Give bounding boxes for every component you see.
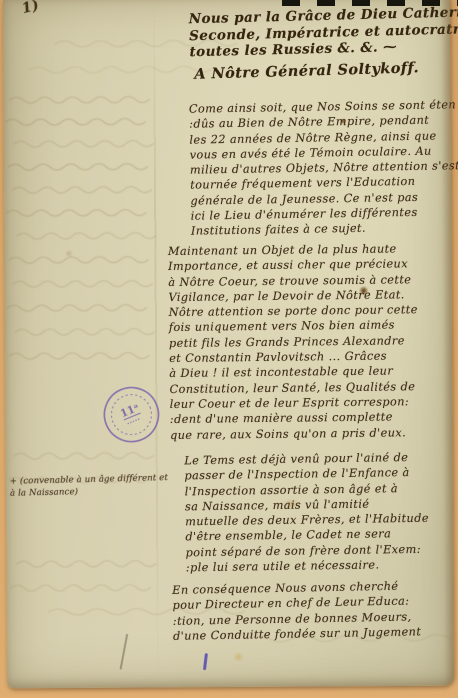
manuscript-text-line: d'une Conduitte fondée sur un Jugement [173, 624, 421, 644]
archive-stamp: 11ᵃ [91, 374, 172, 455]
page-corner-mark: 1) [20, 0, 41, 17]
manuscript-text-line: Seconde, Impératrice et autocratrice de [189, 20, 458, 45]
body-paragraph-4: En conséquence Nous avons cherchépour Di… [172, 578, 421, 644]
blue-pen-mark [203, 653, 208, 670]
manuscript-text-line: :tion, une Personne de bonnes Moeurs, [173, 609, 421, 629]
manuscript-text-line: passer de l'Inspection de l'Enfance à [184, 465, 428, 484]
manuscript-text-line: Importance, et aussi cher que précieux [168, 256, 417, 274]
body-paragraph-2: Maintenant un Objet de la plus hauteImpo… [168, 241, 419, 443]
manuscript-text-line: point séparé de son frère dont l'Exem: [186, 541, 430, 560]
manuscript-text-line: :dent d'une manière aussi complette [170, 409, 419, 427]
paper-stain [64, 250, 73, 257]
manuscript-text-line: l'Inspection assortie à son âgé et à [185, 480, 429, 499]
manuscript-text-line: Come ainsi soit, que Nos Soins se sont é… [189, 97, 458, 117]
manuscript-text-line: Nous par la Grâce de Dieu Catherine [189, 3, 458, 28]
manuscript-text-line: à Nôtre Coeur, se trouve soumis à cette [168, 272, 417, 290]
manuscript-text-line: sa Naissance, mais vû l'amitié [185, 496, 429, 515]
manuscript-text-line: pour Directeur en chef de Leur Educa: [172, 594, 420, 614]
manuscript-page: 1) Nous par la Grâce de Dieu CatherineSe… [3, 0, 454, 688]
manuscript-text-line: milieu d'autres Objets, Nôtre attention … [190, 158, 458, 178]
paper-stain [233, 652, 244, 662]
manuscript-text-line: :dûs au Bien de Nôtre Empire, pendant [189, 112, 458, 132]
margin-annotation: + (convenable à un âge différent età la … [10, 473, 169, 500]
manuscript-text-line: à la Naissance) [10, 484, 168, 499]
manuscript-text-line: que rare, aux Soins qu'on a pris d'eux. [170, 425, 419, 443]
manuscript-text-line: vous en avés été le Témoin oculaire. Au [190, 143, 458, 163]
manuscript-text-line: Vigilance, par le Devoir de Nôtre Etat. [168, 287, 417, 305]
manuscript-text-line: Institutions faites à ce sujet. [191, 220, 458, 240]
manuscript-text-line: toutes les Russies &. &. ⁓ [189, 36, 458, 61]
body-paragraph-3: Le Tems est déjà venû pour l'ainé depass… [184, 450, 430, 576]
manuscript-text-line: :ple lui sera utile et nécessaire. [186, 557, 430, 576]
manuscript-text-line: ici le Lieu d'énumérer les différentes [191, 204, 458, 224]
manuscript-text-line: les 22 années de Nôtre Règne, ainsi que [189, 128, 458, 148]
manuscript-text-line: mutuelle des deux Frères, et l'Habitude [185, 511, 429, 530]
paper-crease [153, 0, 159, 687]
manuscript-text-line: Nôtre attention se porte donc pour cette [169, 302, 418, 320]
manuscript-text-line: petit fils les Grands Princes Alexandre [169, 333, 418, 351]
manuscript-text-line: Le Tems est déjà venû pour l'ainé de [184, 450, 428, 469]
manuscript-text-line: et Constantin Pavlovitsch ... Grâces [169, 348, 418, 366]
manuscript-text-line: En conséquence Nous avons cherché [172, 578, 420, 598]
manuscript-text-line: générale de la Jeunesse. Ce n'est pas [190, 189, 458, 209]
manuscript-text-line: d'être ensemble, le Cadet ne sera [185, 526, 429, 545]
manuscript-text-line: + (convenable à un âge différent et [10, 473, 168, 488]
manuscript-text-line: Maintenant un Objet de la plus haute [168, 241, 417, 259]
body-paragraph-1: Come ainsi soit, que Nos Soins se sont é… [189, 97, 458, 239]
manuscript-text-line: tournée fréquement vers l'Education [190, 174, 458, 194]
manuscript-text-line: à Dieu ! il est incontestable que leur [169, 364, 418, 382]
manuscript-photo: 1) Nous par la Grâce de Dieu CatherineSe… [0, 0, 458, 698]
letter-salutation: A Nôtre Général Soltykoff. [194, 59, 419, 82]
manuscript-text-line: fois uniquement vers Nos bien aimés [169, 318, 418, 336]
photo-scale-bar [282, 0, 458, 6]
manuscript-text-line: Constitution, leur Santé, les Qualités d… [169, 379, 418, 397]
manuscript-text-line: leur Coeur et de leur Esprit correspon: [170, 394, 419, 412]
letter-heading: Nous par la Grâce de Dieu CatherineSecon… [189, 3, 458, 61]
pencil-stroke-mark [120, 634, 128, 670]
